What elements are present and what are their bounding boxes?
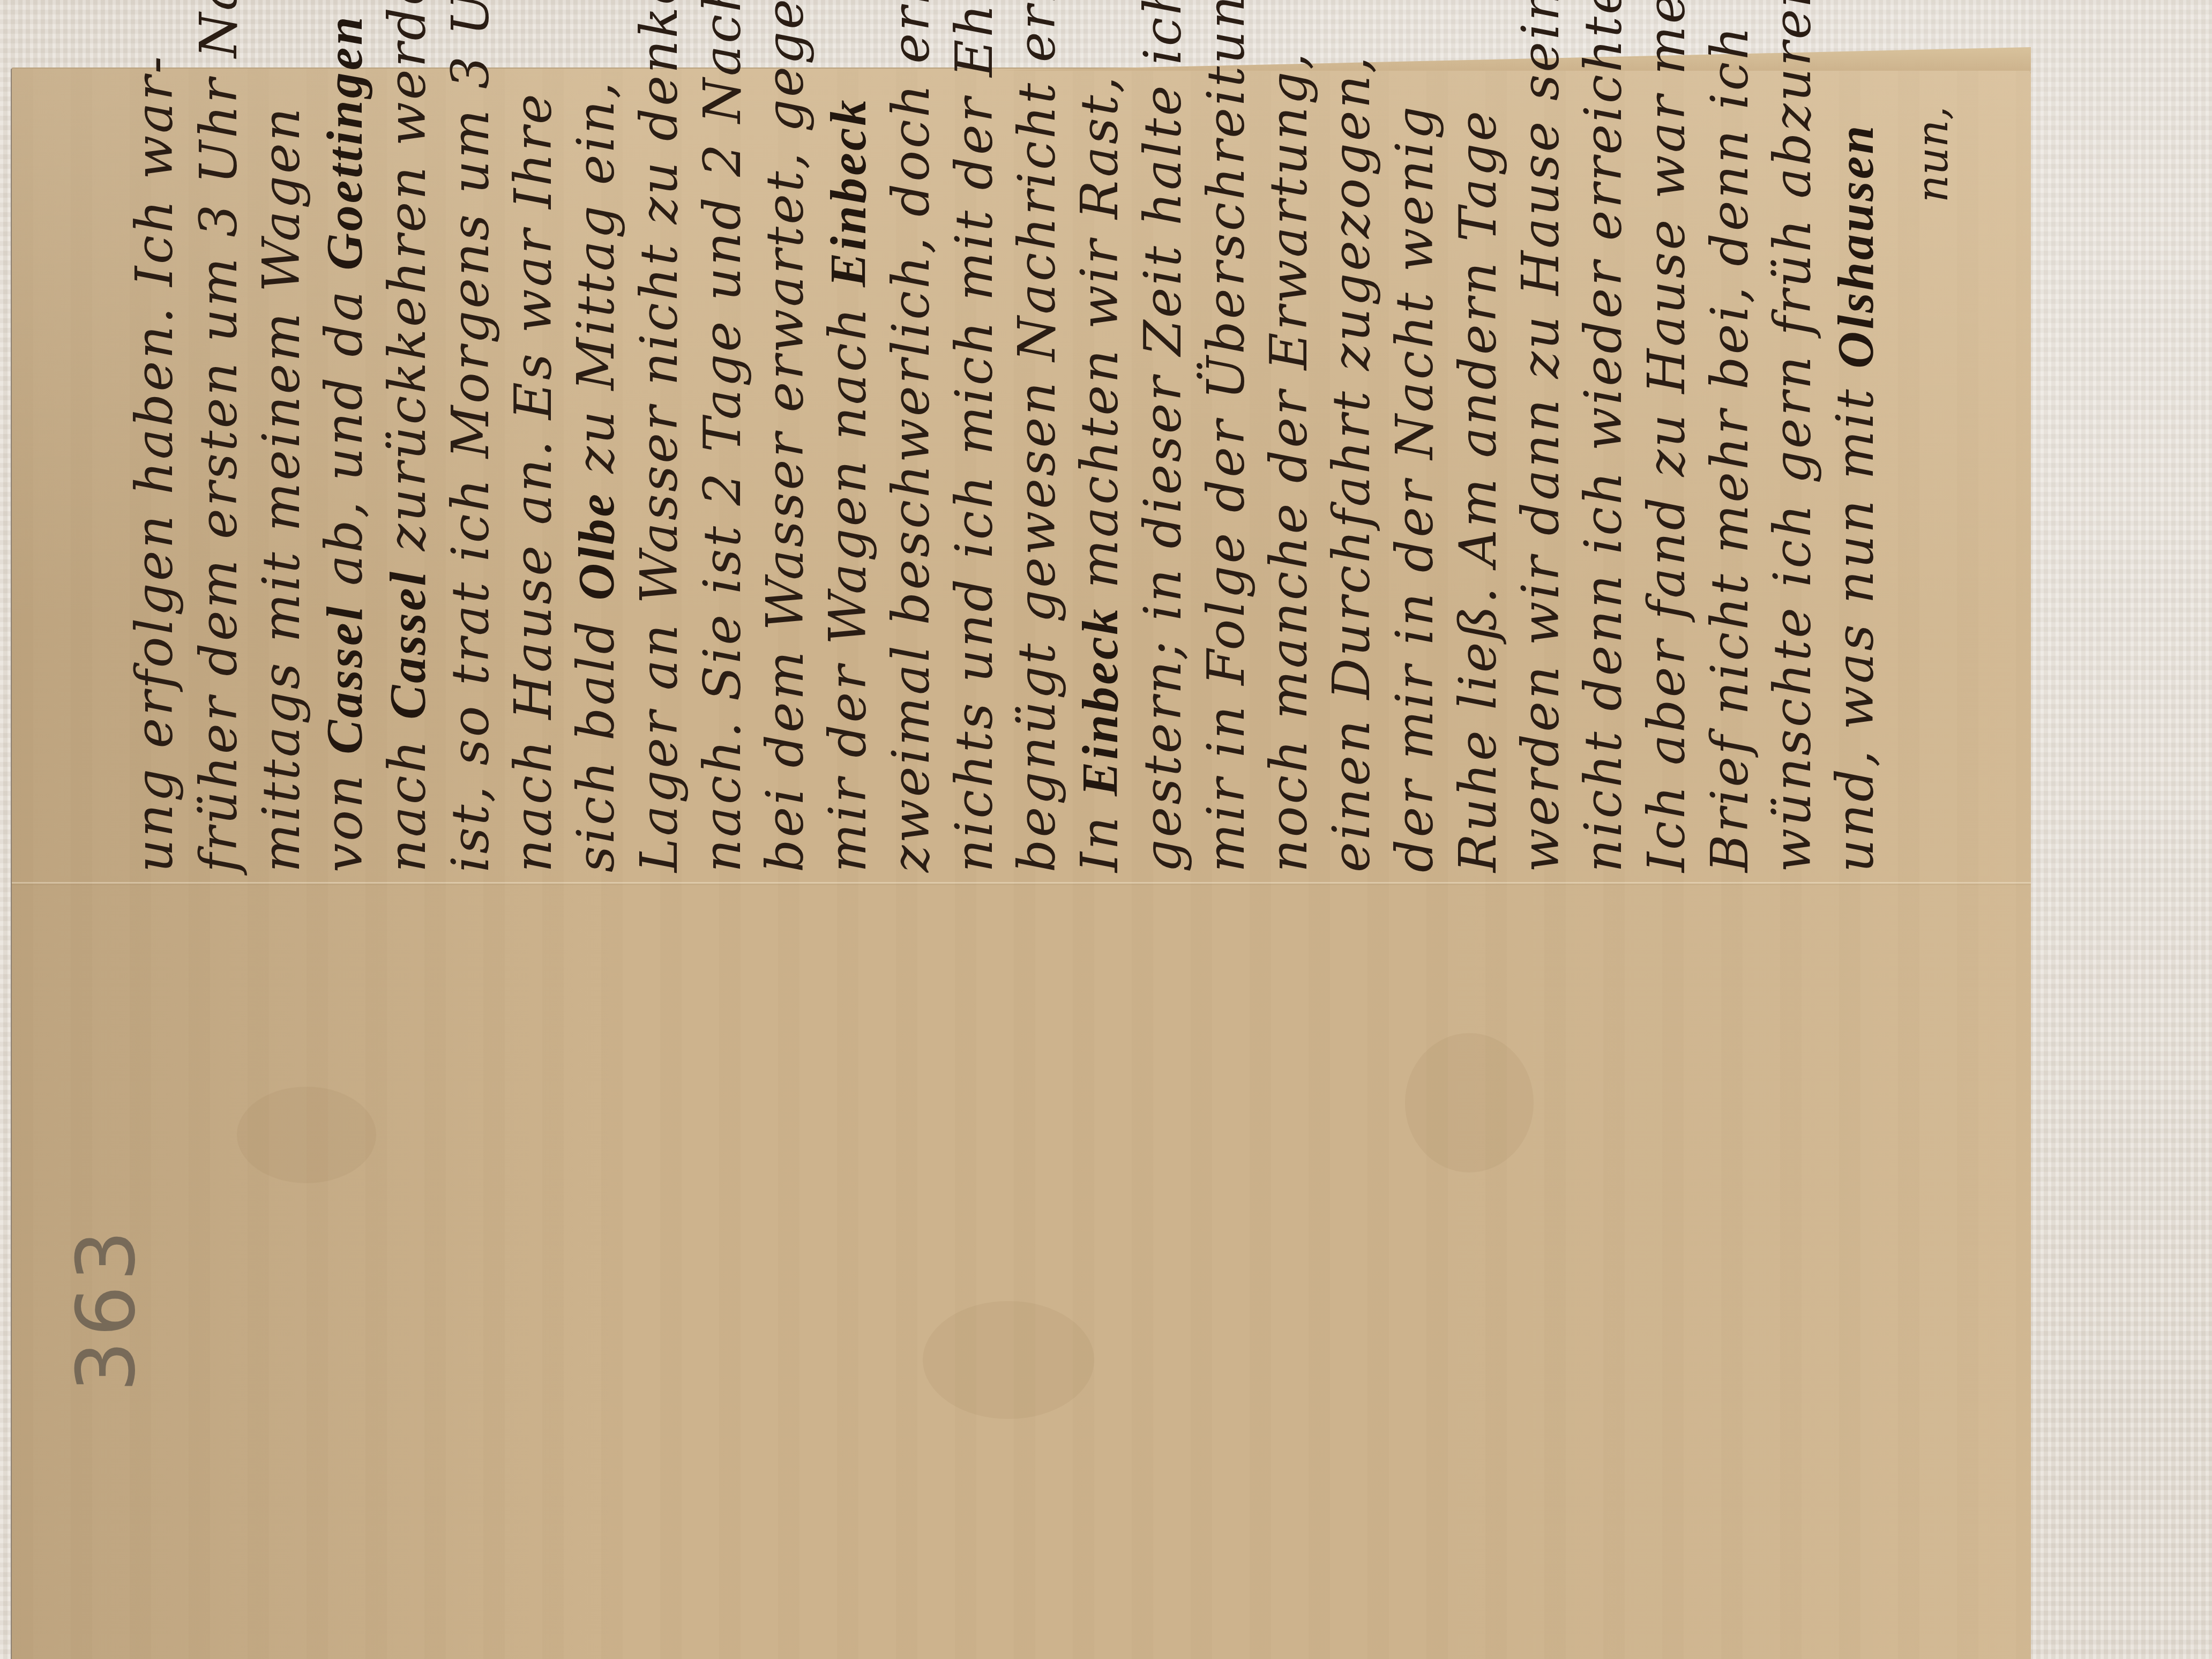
text-line: einen Durchfahrt zugezogen, [1326,55,1377,872]
text-line: begnügt gewesen Nachricht erhalten. [1011,0,1063,872]
text-line: Lager an Wasser nicht zu denken, [633,0,685,872]
text-line: wünschte ich gern früh abzureisen, [1767,0,1818,872]
text-line: Ich aber fand zu Hause war mein [1641,0,1692,872]
text-line: In Einbeck machten wir Rast, [1074,74,1126,872]
text-line: Ruhe ließ. Am andern Tage [1452,109,1504,872]
text-line: noch manche der Erwartung, [1263,51,1314,872]
text-line: der mir in der Nacht wenig [1389,104,1440,872]
handwritten-text-block: ung erfolgen haben. Ich war- früher dem … [12,69,2031,1659]
letter-page: 363 ung erfolgen haben. Ich war- früher … [12,69,2031,1659]
place-name-goettingen: Goettingen [316,14,373,270]
text-line: gestern; in dieser Zeit halte ich [1137,0,1189,872]
text-line: mir in Folge der Überschreitung, [1200,0,1252,872]
place-name-cassel: Cassel [379,570,436,720]
text-line: werden wir dann zu Hause sein, [1515,0,1566,872]
text-line: früher dem ersten um 3 Uhr Nach- [193,0,244,872]
text-line: von Cassel ab, und da Goettingen [318,14,370,872]
text-line: mir der Wagen nach Einbeck [822,98,874,872]
text-line: ist, so trat ich Morgens um 3 Uhr [445,0,496,872]
text-line: zweimal beschwerlich, doch erhielt [885,0,937,872]
place-name-einbeck: Einbeck [1071,607,1129,796]
text-line: nicht denn ich wieder erreichte: [1578,0,1629,872]
place-name-olshausen: Olshausen [1827,123,1884,369]
text-line: mittags mit meinem Wagen [256,106,307,872]
place-name-cassel: Cassel [316,604,373,754]
text-line: Brief nicht mehr bei, denn ich [1704,25,1755,872]
text-line: bei dem Wasser erwartet, gegen [759,0,811,872]
text-line: und, was nun mit Olshausen [1829,123,1881,872]
place-name-einbeck: Einbeck [819,98,877,287]
text-line: nach. Sie ist 2 Tage und 2 Nacht, [697,0,748,872]
catchword: nun, [1908,106,1957,203]
text-line: sich bald Olbe zu Mittag ein, [570,80,622,872]
place-name-olbe: Olbe [567,492,625,601]
text-line: nach Cassel zurückkehren werde, [382,0,434,872]
text-line: nichts und ich mich mit der Ehr, [948,0,1000,872]
text-line: ung erfolgen haben. Ich war- [129,54,180,872]
text-line: nach Hause an. Es war Ihre [507,92,559,872]
